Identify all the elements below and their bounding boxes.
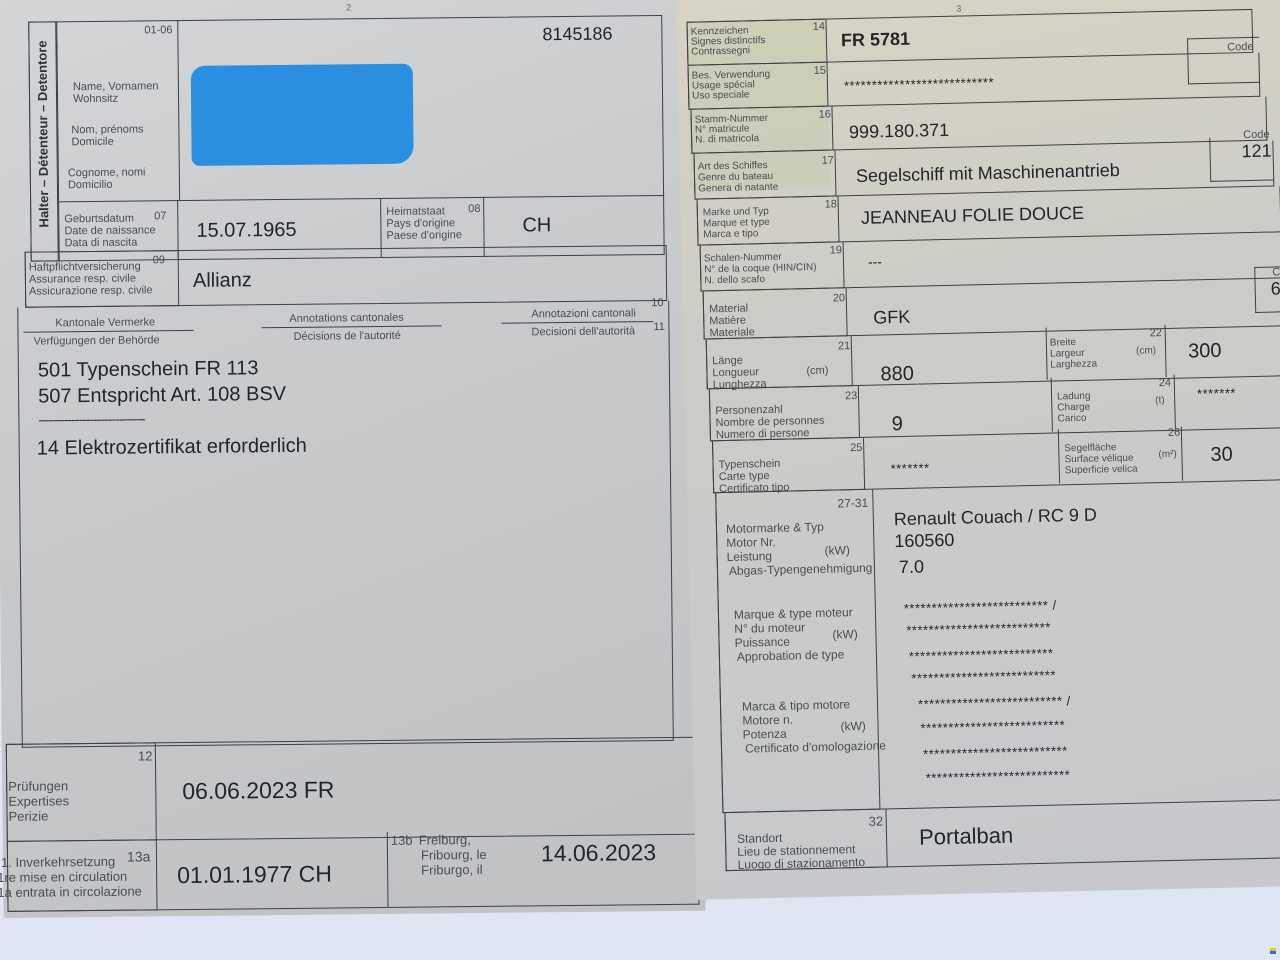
field-label: Genera di natante <box>698 182 778 195</box>
annotation-line: 501 Typenschein FR 113 <box>38 357 259 382</box>
field-number: 11 <box>653 321 665 333</box>
field-label: Marque et type <box>703 217 770 230</box>
field-number: 32 <box>869 814 884 829</box>
left-page: 2 Halter – Détenteur – Detentore 01-06 N… <box>0 0 706 918</box>
inspection-value: 06.06.2023 FR <box>182 776 334 805</box>
length-value: 880 <box>880 363 914 387</box>
reference-number: 8145186 <box>542 24 612 46</box>
unit-label: (cm) <box>1136 345 1156 357</box>
field-label: Largeur <box>1050 348 1085 360</box>
field-label: Longueur <box>712 366 759 379</box>
field-number: 10 <box>651 297 663 309</box>
field-label: Assicurazione resp. civile <box>29 284 153 297</box>
material-value: GFK <box>873 307 910 329</box>
persons-value: 9 <box>891 413 903 436</box>
insurance-value: Allianz <box>193 269 252 293</box>
field-number: 18 <box>825 198 838 210</box>
annotation-separator: ----------------------------- <box>38 410 144 427</box>
unit-label: (cm) <box>806 365 828 377</box>
field-label: Motormarke & Typ <box>726 521 824 535</box>
field-label: Paese d'origine <box>386 229 462 242</box>
field-number: 22 <box>1150 327 1163 339</box>
decisions-header: Verfügungen der Behörde <box>34 334 160 347</box>
field-number: 13b <box>391 834 413 848</box>
field-label: Heimatstaat <box>386 205 445 218</box>
field-label: Freiburg, <box>419 833 471 848</box>
issue-date-value: 14.06.2023 <box>541 839 656 867</box>
field-label: Domicilio <box>68 179 113 191</box>
field-label: Leistung <box>727 550 773 563</box>
field-label: Approbation de type <box>737 648 845 662</box>
field-label: Assurance resp. civile <box>29 273 136 286</box>
field-number: 24 <box>1159 377 1172 389</box>
matriculation-number-value: 999.180.371 <box>849 120 950 143</box>
field-label: Charge <box>1057 402 1090 414</box>
field-number: 07 <box>154 210 166 222</box>
field-label: N. di matricola <box>695 134 759 145</box>
unit-label: (t) <box>1155 395 1165 407</box>
code-label: Code <box>1243 129 1270 142</box>
first-registration-value: 01.01.1977 CH <box>177 861 332 890</box>
field-label: Larghezza <box>1050 359 1097 371</box>
decisions-header: Décisions de l'autorité <box>293 330 400 343</box>
field-label: Carico <box>1057 413 1086 425</box>
field-label: Breite <box>1050 337 1076 349</box>
field-label: Material <box>709 302 748 315</box>
annotations-header: Kantonale Vermerke <box>55 316 155 329</box>
field-label: Motor Nr. <box>726 536 776 549</box>
annotations-header: Annotazioni cantonali <box>531 307 636 320</box>
field-number: 08 <box>468 203 480 215</box>
field-label: Marca & tipo motore <box>742 698 850 712</box>
field-number: 14 <box>813 21 826 33</box>
code-label: Code <box>1227 41 1254 54</box>
field-number: 27-31 <box>837 496 868 511</box>
redacted-name-address <box>191 64 414 166</box>
field-label: Perizie <box>8 809 48 823</box>
field-label: Data di nascita <box>64 237 137 250</box>
field-number: 20 <box>833 292 846 304</box>
field-label: Wohnsitz <box>73 93 118 105</box>
field-label: Certificato d'omologazione <box>745 739 886 754</box>
unit-label: (kW) <box>840 720 866 733</box>
material-code-value: 61 <box>1270 278 1280 299</box>
field-number: 09 <box>153 254 165 266</box>
field-label: Fribourg, le <box>421 848 487 863</box>
unit-label: (m²) <box>1158 449 1177 461</box>
field-label: Expertises <box>8 794 69 809</box>
field-label: Länge <box>712 355 743 368</box>
field-number: 15 <box>814 65 827 77</box>
field-label: Matière <box>709 314 746 327</box>
field-label: Pays d'origine <box>386 217 455 230</box>
field-label: Uso speciale <box>692 90 749 101</box>
field-label: Potenza <box>743 728 787 741</box>
field-label: Marca e tipo <box>703 228 758 240</box>
field-number: 01-06 <box>144 24 172 36</box>
sail-area-value: 30 <box>1210 443 1233 466</box>
annotations-header: Annotations cantonales <box>289 312 403 325</box>
field-label: Friburgo, il <box>421 863 483 878</box>
field-number: 21 <box>838 340 851 352</box>
load-value: ******* <box>1197 385 1236 401</box>
field-label: Puissance <box>734 636 790 649</box>
field-label: Date de naissance <box>64 224 155 237</box>
field-number: 16 <box>819 109 832 121</box>
page-number: 3 <box>956 4 961 14</box>
decisions-header: Decisioni dell'autorità <box>531 325 635 338</box>
field-label: Contrassegni <box>691 46 750 57</box>
field-label: Abgas-Typengenehmigung <box>729 562 873 577</box>
field-label: Name, Vornamen <box>73 80 159 93</box>
field-label: Superficie velica <box>1065 464 1138 477</box>
engine-number-value: 160560 <box>894 530 955 552</box>
field-label: 1re mise en circulation <box>0 870 127 885</box>
engine-power-value: 7.0 <box>899 557 925 579</box>
corner-marker-icon <box>1270 948 1276 954</box>
type-certificate-value: ******* <box>891 460 930 476</box>
right-page: 3 14 Kennzeichen Signes distinctifs Cont… <box>676 0 1280 900</box>
unit-label: (kW) <box>832 628 858 641</box>
field-label: Cognome, nomi <box>68 166 146 179</box>
field-number: 25 <box>850 442 863 454</box>
field-number: 19 <box>830 244 843 256</box>
unit-label: (kW) <box>824 544 850 557</box>
field-label: N° du moteur <box>734 621 805 635</box>
birth-date-value: 15.07.1965 <box>196 219 296 243</box>
width-value: 300 <box>1188 340 1222 364</box>
field-label: Luogo di stazionamento <box>738 856 866 872</box>
field-label: Motore n. <box>742 714 793 727</box>
registration-mark-value: FR 5781 <box>841 29 911 52</box>
annotation-line: 507 Entspricht Art. 108 BSV <box>38 383 286 409</box>
page-number: 2 <box>346 2 351 12</box>
field-label: 1. Inverkehrsetzung <box>1 855 115 870</box>
hull-number-value: --- <box>868 253 882 269</box>
holder-section-title: Halter – Détenteur – Detentore <box>34 40 51 227</box>
field-number: 17 <box>822 154 835 166</box>
field-label: 1a entrata in circolazione <box>0 885 142 901</box>
boat-type-code-value: 121 <box>1241 141 1272 163</box>
field-label: Marque & type moteur <box>734 606 853 621</box>
field-label: Materiale <box>709 326 755 339</box>
field-number: 26 <box>1168 427 1181 439</box>
field-label: Prüfungen <box>8 779 68 794</box>
field-label: Ladung <box>1057 391 1091 403</box>
field-label: Nom, prénoms <box>71 123 143 136</box>
field-label: Geburtsdatum <box>64 213 134 226</box>
field-number: 12 <box>138 748 153 763</box>
field-number: 23 <box>845 390 858 402</box>
field-label: Domicile <box>71 136 113 148</box>
origin-country-value: CH <box>522 214 551 237</box>
field-label: N. dello scafo <box>704 274 765 286</box>
mooring-location-value: Portalban <box>919 823 1014 851</box>
field-number: 13a <box>127 848 151 864</box>
annotation-line: 14 Elektrozertifikat erforderlich <box>37 435 307 461</box>
code-label: Code <box>1272 266 1280 279</box>
field-label: Typenschein <box>718 458 780 471</box>
